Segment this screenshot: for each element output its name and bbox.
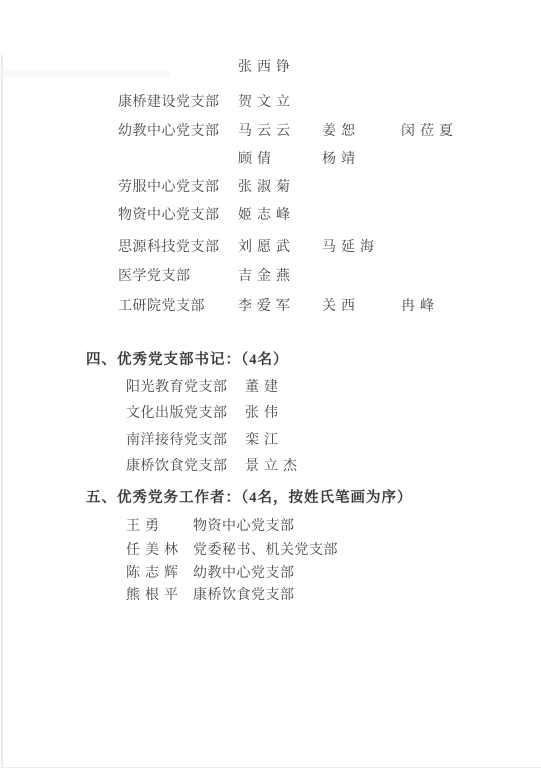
person-name: 冉峰 [401, 298, 439, 316]
branch-name: 劳服中心党支部 [118, 179, 220, 197]
branch-name: 思源科技党支部 [118, 239, 220, 257]
person-name: 贺文立 [238, 94, 295, 112]
branch-name: 党委秘书、机关党支部 [193, 542, 338, 560]
branch-name: 物资中心党支部 [118, 207, 220, 225]
person-name: 李爱军 [238, 298, 295, 316]
list-row: 南洋接待党支部 栾江 [0, 432, 541, 450]
branch-name: 文化出版党支部 [126, 405, 228, 423]
list-row: 熊根平 康桥饮食党支部 [0, 587, 541, 605]
list-row: 劳服中心党支部 张淑菊 [0, 179, 541, 197]
person-name: 姜恕 [322, 123, 360, 141]
branch-name: 物资中心党支部 [193, 518, 295, 536]
branch-name: 医学党支部 [118, 268, 191, 286]
list-row: 文化出版党支部 张伟 [0, 405, 541, 423]
person-name: 熊根平 [126, 587, 183, 605]
person-name: 陈志辉 [126, 565, 183, 583]
person-name: 刘愿武 [238, 239, 295, 257]
list-row: 康桥建设党支部 贺文立 [0, 94, 541, 112]
branch-name: 康桥饮食党支部 [126, 458, 228, 476]
branch-name: 阳光教育党支部 [126, 379, 228, 397]
list-row: 阳光教育党支部 董建 [0, 379, 541, 397]
person-name: 栾江 [245, 432, 283, 450]
person-name: 景立杰 [245, 458, 302, 476]
person-name: 董建 [245, 379, 283, 397]
person-name: 马延海 [322, 239, 379, 257]
list-row: 顾倩 杨靖 [0, 151, 541, 169]
list-row: 王勇 物资中心党支部 [0, 518, 541, 536]
list-row: 工研院党支部 李爱军 关西 冉峰 [0, 298, 541, 316]
person-name: 杨靖 [322, 151, 360, 169]
person-name: 闵莅夏 [401, 123, 458, 141]
person-name: 王勇 [126, 518, 164, 536]
person-name: 姬志峰 [238, 207, 295, 225]
person-name: 张西铮 [238, 59, 295, 77]
branch-name: 工研院党支部 [118, 298, 205, 316]
list-row: 康桥饮食党支部 景立杰 [0, 458, 541, 476]
list-row: 陈志辉 幼教中心党支部 [0, 565, 541, 583]
list-row: 张西铮 [0, 59, 541, 77]
branch-name: 康桥建设党支部 [118, 94, 220, 112]
section-heading: 五、优秀党务工作者：（4名，按姓氏笔画为序） [86, 489, 413, 508]
list-row: 思源科技党支部 刘愿武 马延海 [0, 239, 541, 257]
branch-name: 幼教中心党支部 [118, 123, 220, 141]
branch-name: 康桥饮食党支部 [193, 587, 295, 605]
document-page: 张西铮 康桥建设党支部 贺文立 幼教中心党支部 马云云 姜恕 闵莅夏 顾倩 杨靖… [0, 0, 541, 768]
list-row: 医学党支部 吉金燕 [0, 268, 541, 286]
person-name: 张淑菊 [238, 179, 295, 197]
branch-name: 幼教中心党支部 [193, 565, 295, 583]
person-name: 顾倩 [238, 151, 276, 169]
person-name: 吉金燕 [238, 268, 295, 286]
person-name: 张伟 [245, 405, 283, 423]
list-row: 幼教中心党支部 马云云 姜恕 闵莅夏 [0, 123, 541, 141]
person-name: 马云云 [238, 123, 295, 141]
person-name: 关西 [322, 298, 360, 316]
section-heading: 四、优秀党支部书记：（4名） [86, 351, 289, 370]
list-row: 物资中心党支部 姬志峰 [0, 207, 541, 225]
person-name: 任美林 [126, 542, 183, 560]
list-row: 任美林 党委秘书、机关党支部 [0, 542, 541, 560]
branch-name: 南洋接待党支部 [126, 432, 228, 450]
